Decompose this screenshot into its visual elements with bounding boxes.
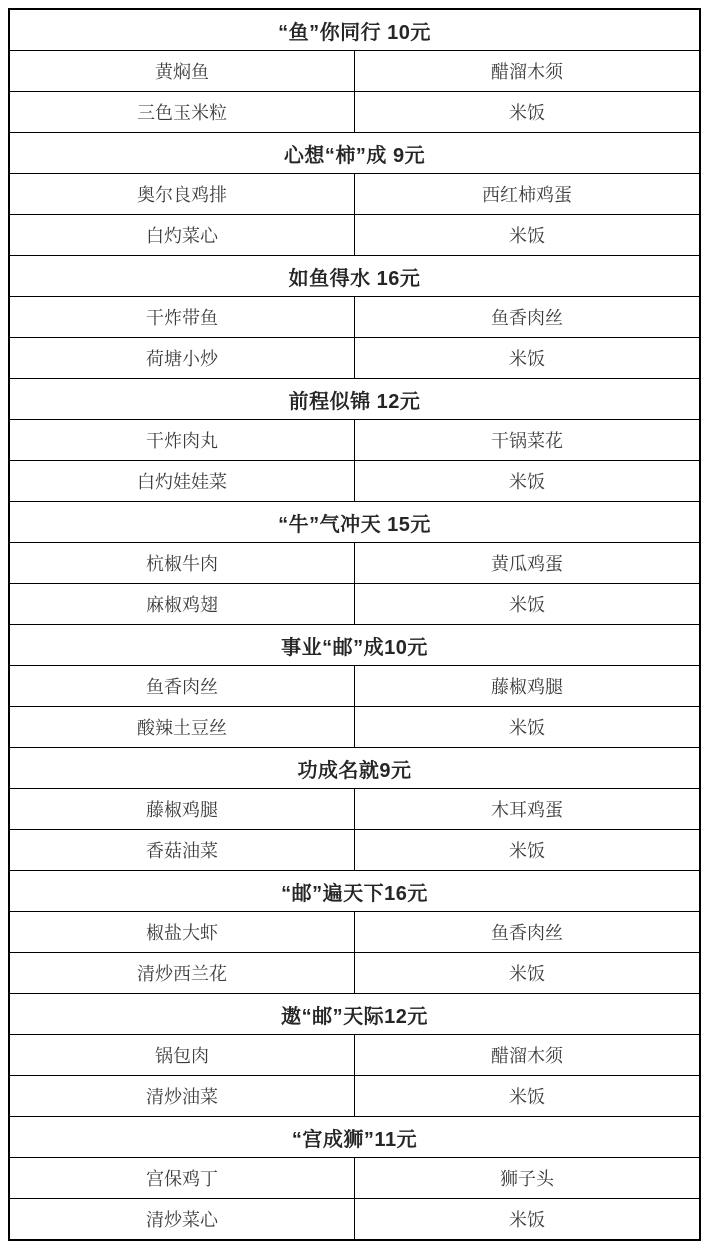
section-header-row: 事业“邮”成10元 — [9, 625, 700, 666]
dish-cell: 清炒菜心 — [9, 1199, 355, 1241]
section-header-row: “邮”遍天下16元 — [9, 871, 700, 912]
dish-cell: 麻椒鸡翅 — [9, 584, 355, 625]
dish-row: 杭椒牛肉黄瓜鸡蛋 — [9, 543, 700, 584]
dish-cell: 荷塘小炒 — [9, 338, 355, 379]
dish-row: 干炸肉丸干锅菜花 — [9, 420, 700, 461]
section-title: “宫成狮”11元 — [9, 1117, 700, 1158]
dish-row: 三色玉米粒米饭 — [9, 92, 700, 133]
dish-cell: 醋溜木须 — [355, 1035, 701, 1076]
dish-cell: 干炸带鱼 — [9, 297, 355, 338]
dish-cell: 香菇油菜 — [9, 830, 355, 871]
dish-cell: 米饭 — [355, 584, 701, 625]
section-header-row: 前程似锦 12元 — [9, 379, 700, 420]
dish-cell: 米饭 — [355, 461, 701, 502]
dish-cell: 米饭 — [355, 338, 701, 379]
dish-row: 酸辣土豆丝米饭 — [9, 707, 700, 748]
dish-cell: 宫保鸡丁 — [9, 1158, 355, 1199]
dish-row: 麻椒鸡翅米饭 — [9, 584, 700, 625]
dish-cell: 黄瓜鸡蛋 — [355, 543, 701, 584]
dish-cell: 米饭 — [355, 953, 701, 994]
dish-cell: 木耳鸡蛋 — [355, 789, 701, 830]
dish-cell: 藤椒鸡腿 — [9, 789, 355, 830]
dish-cell: 米饭 — [355, 830, 701, 871]
dish-cell: 椒盐大虾 — [9, 912, 355, 953]
dish-cell: 鱼香肉丝 — [355, 297, 701, 338]
dish-cell: 米饭 — [355, 707, 701, 748]
section-header-row: “鱼”你同行 10元 — [9, 9, 700, 51]
dish-cell: 杭椒牛肉 — [9, 543, 355, 584]
dish-row: 干炸带鱼鱼香肉丝 — [9, 297, 700, 338]
section-title: “鱼”你同行 10元 — [9, 9, 700, 51]
dish-cell: 藤椒鸡腿 — [355, 666, 701, 707]
section-header-row: “牛”气冲天 15元 — [9, 502, 700, 543]
dish-cell: 三色玉米粒 — [9, 92, 355, 133]
menu-table-body: “鱼”你同行 10元黄焖鱼醋溜木须三色玉米粒米饭心想“柿”成 9元奥尔良鸡排西红… — [9, 9, 700, 1240]
dish-row: 白灼菜心米饭 — [9, 215, 700, 256]
section-header-row: “宫成狮”11元 — [9, 1117, 700, 1158]
dish-cell: 干炸肉丸 — [9, 420, 355, 461]
dish-cell: 黄焖鱼 — [9, 51, 355, 92]
dish-cell: 鱼香肉丝 — [9, 666, 355, 707]
section-header-row: 功成名就9元 — [9, 748, 700, 789]
section-title: “牛”气冲天 15元 — [9, 502, 700, 543]
dish-cell: 西红柿鸡蛋 — [355, 174, 701, 215]
dish-cell: 米饭 — [355, 1199, 701, 1241]
dish-cell: 白灼娃娃菜 — [9, 461, 355, 502]
dish-row: 鱼香肉丝藤椒鸡腿 — [9, 666, 700, 707]
dish-row: 锅包肉醋溜木须 — [9, 1035, 700, 1076]
dish-row: 黄焖鱼醋溜木须 — [9, 51, 700, 92]
section-header-row: 如鱼得水 16元 — [9, 256, 700, 297]
dish-cell: 清炒油菜 — [9, 1076, 355, 1117]
dish-cell: 锅包肉 — [9, 1035, 355, 1076]
dish-cell: 米饭 — [355, 92, 701, 133]
dish-cell: 白灼菜心 — [9, 215, 355, 256]
dish-cell: 干锅菜花 — [355, 420, 701, 461]
dish-row: 白灼娃娃菜米饭 — [9, 461, 700, 502]
section-header-row: 心想“柿”成 9元 — [9, 133, 700, 174]
dish-cell: 酸辣土豆丝 — [9, 707, 355, 748]
section-title: 前程似锦 12元 — [9, 379, 700, 420]
dish-cell: 奥尔良鸡排 — [9, 174, 355, 215]
dish-row: 清炒西兰花米饭 — [9, 953, 700, 994]
dish-row: 清炒油菜米饭 — [9, 1076, 700, 1117]
dish-cell: 狮子头 — [355, 1158, 701, 1199]
dish-row: 奥尔良鸡排西红柿鸡蛋 — [9, 174, 700, 215]
dish-row: 清炒菜心米饭 — [9, 1199, 700, 1241]
dish-cell: 米饭 — [355, 1076, 701, 1117]
dish-row: 藤椒鸡腿木耳鸡蛋 — [9, 789, 700, 830]
section-header-row: 遨“邮”天际12元 — [9, 994, 700, 1035]
section-title: 如鱼得水 16元 — [9, 256, 700, 297]
dish-cell: 米饭 — [355, 215, 701, 256]
section-title: 遨“邮”天际12元 — [9, 994, 700, 1035]
dish-cell: 清炒西兰花 — [9, 953, 355, 994]
dish-row: 荷塘小炒米饭 — [9, 338, 700, 379]
dish-cell: 鱼香肉丝 — [355, 912, 701, 953]
dish-row: 香菇油菜米饭 — [9, 830, 700, 871]
dish-row: 宫保鸡丁狮子头 — [9, 1158, 700, 1199]
menu-table: “鱼”你同行 10元黄焖鱼醋溜木须三色玉米粒米饭心想“柿”成 9元奥尔良鸡排西红… — [8, 8, 701, 1241]
dish-row: 椒盐大虾鱼香肉丝 — [9, 912, 700, 953]
section-title: 功成名就9元 — [9, 748, 700, 789]
section-title: 事业“邮”成10元 — [9, 625, 700, 666]
section-title: 心想“柿”成 9元 — [9, 133, 700, 174]
dish-cell: 醋溜木须 — [355, 51, 701, 92]
section-title: “邮”遍天下16元 — [9, 871, 700, 912]
